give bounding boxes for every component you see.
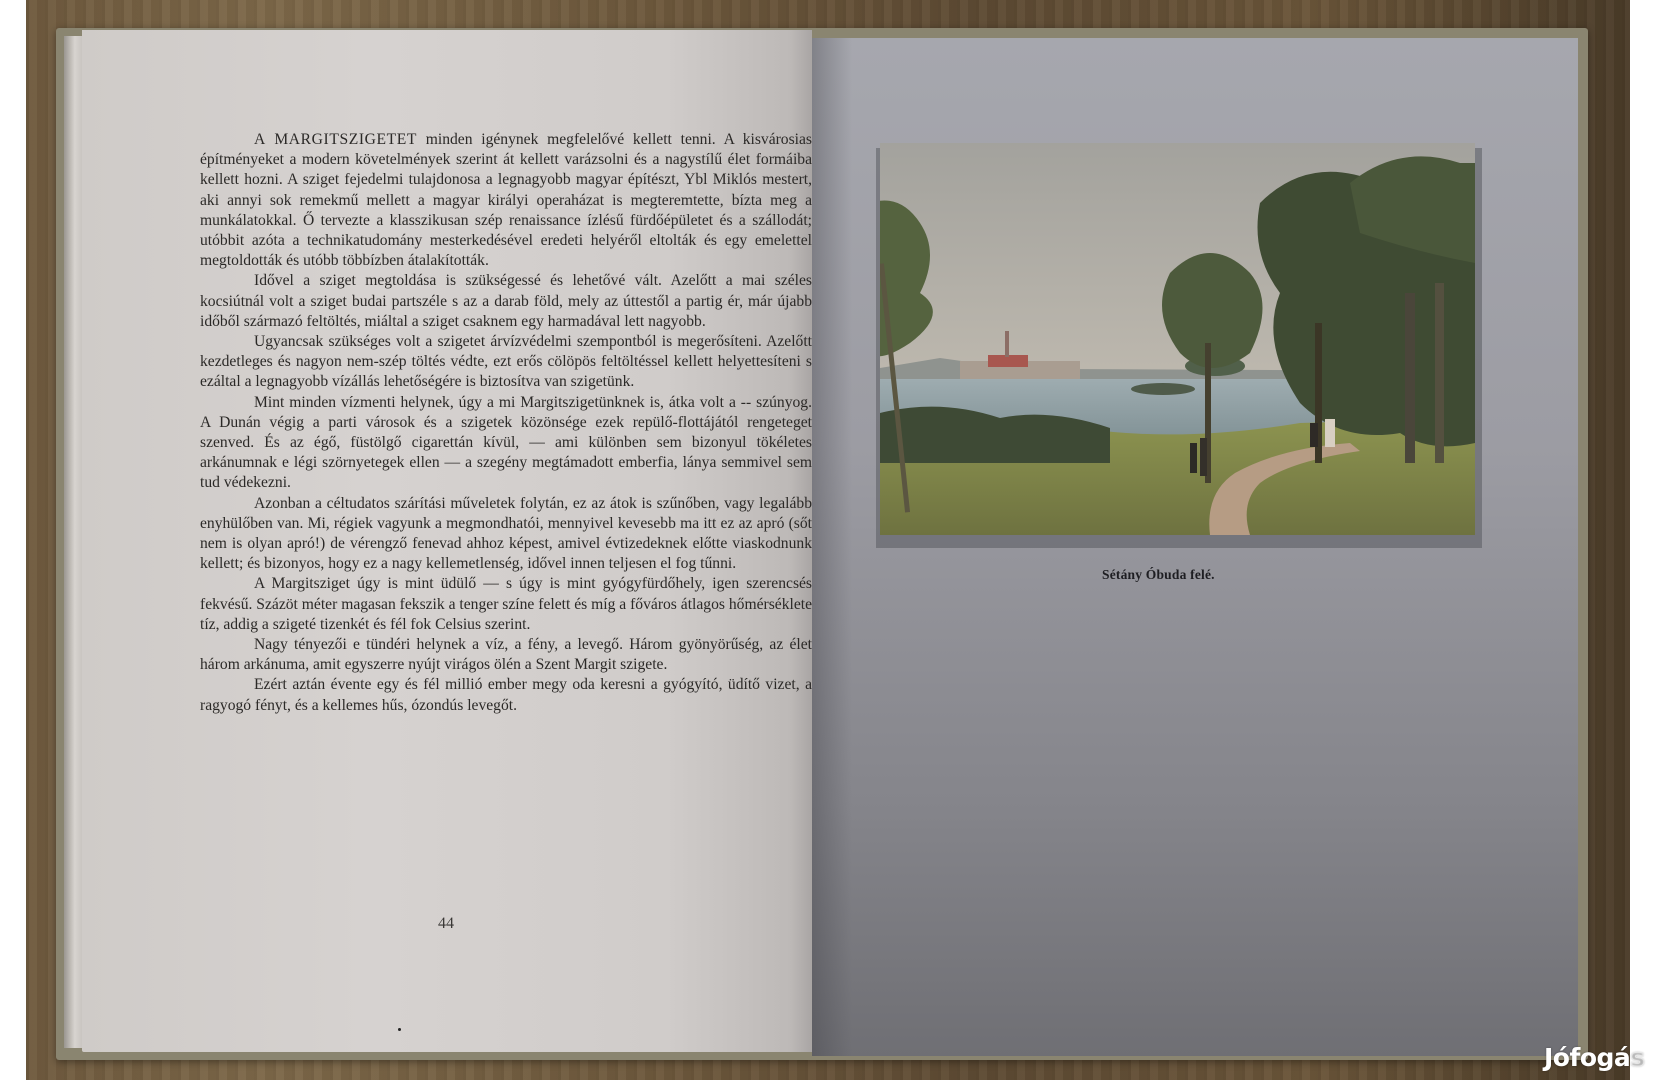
landscape-painting-icon [880, 143, 1475, 535]
paragraph-3: Ugyancsak szükséges volt a szigetet árví… [200, 332, 812, 393]
paragraph-8: Ezért aztán évente egy és fél millió emb… [200, 675, 812, 715]
paragraph-4: Mint minden vízmenti helynek, úgy a mi M… [200, 393, 812, 494]
body-text: A MARGITSZIGETET minden igénynek megfele… [200, 130, 812, 716]
gutter-shadow [812, 38, 852, 1056]
illustration-caption: Sétány Óbuda felé. [1102, 567, 1215, 583]
page-stack-edge [64, 36, 82, 1048]
jofogas-watermark-logo: Jófogás [1544, 1043, 1645, 1072]
page-number: 44 [438, 915, 454, 933]
paragraph-7: Nagy tényezői e tündéri helynek a víz, a… [200, 635, 812, 675]
left-page: A MARGITSZIGETET minden igénynek megfele… [82, 30, 812, 1052]
paragraph-2: Idővel a sziget megtoldása is szükségess… [200, 271, 812, 332]
paragraph-6: A Margitsziget úgy is mint üdülő — s úgy… [200, 574, 812, 635]
ink-speck [398, 1028, 401, 1031]
landscape-painting-illustration [880, 143, 1475, 535]
paragraph-lead: A MARGITSZIGETET [254, 131, 417, 148]
paragraph-5: Azonban a céltudatos szárítási műveletek… [200, 494, 812, 575]
paragraph-1: A MARGITSZIGETET minden igénynek megfele… [200, 130, 812, 271]
